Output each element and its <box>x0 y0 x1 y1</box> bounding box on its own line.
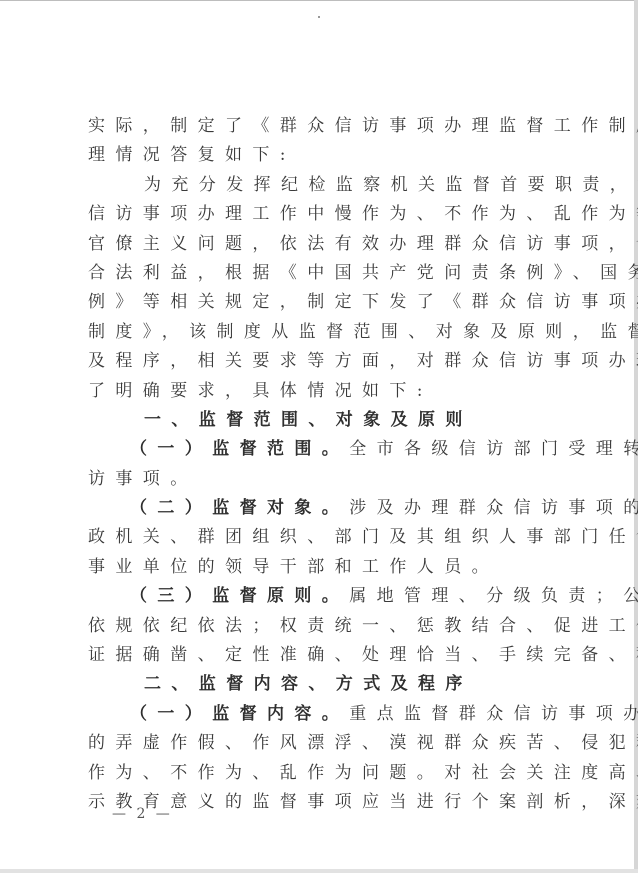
text-line: 依规依纪依法；权责统一、惩教结合、促进工作；事实清楚、 <box>88 612 562 641</box>
text-line: 作为、不作为、乱作为问题。对社会关注度高、具有较强警 <box>88 759 562 788</box>
document-page-body: 实际，制定了《群众信访事项办理监督工作制度》，现将办 理情况答复如下: 为充分发… <box>88 112 562 817</box>
text-line: 例》等相关规定，制定下发了《群众信访事项办理监督工作 <box>88 288 562 317</box>
subsection-text: 全市各级信访部门受理转办的群众信 <box>349 439 638 459</box>
subsection-content: （一）监督内容。重点监督群众信访事项办理中，存在 <box>88 700 562 729</box>
text-line: 理情况答复如下: <box>88 141 562 170</box>
subsection-principles: （三）监督原则。属地管理、分级负责；公开公平公正、 <box>88 582 562 611</box>
paragraph-start: 为充分发挥纪检监察机关监督首要职责，认真整治群众 <box>88 171 562 200</box>
text-line: 合法利益，根据《中国共产党问责条例》、国务院《信访条 <box>88 259 562 288</box>
page-bottom-edge <box>0 869 638 873</box>
text-line: 访事项。 <box>88 465 562 494</box>
text-line: 官僚主义问题，依法有效办理群众信访事项，切实维护群众 <box>88 230 562 259</box>
subsection-lead: （三）监督原则。 <box>130 586 349 606</box>
page-number: — 2 — <box>112 806 173 822</box>
subsection-lead: （一）监督内容。 <box>130 704 349 724</box>
subsection-objects: （二）监督对象。涉及办理群众信访事项的全市各级党 <box>88 494 562 523</box>
text-line: 实际，制定了《群众信访事项办理监督工作制度》，现将办 <box>88 112 562 141</box>
text-line: 制度》，该制度从监督范围、对象及原则，监督内容、方式 <box>88 318 562 347</box>
page-top-edge <box>0 0 638 1</box>
section-heading-1: 一、监督范围、对象及原则 <box>88 406 562 435</box>
text-line: 证据确凿、定性准确、处理恰当、手续完备、程序合规。 <box>88 641 562 670</box>
text-line: 政机关、群团组织、部门及其组织人事部门任命和管理的企 <box>88 523 562 552</box>
text-line: 事业单位的领导干部和工作人员。 <box>88 553 562 582</box>
text-line: 的弄虚作假、作风漂浮、漠视群众疾苦、侵犯群众利益等慢 <box>88 729 562 758</box>
subsection-text: 属地管理、分级负责；公开公平公正、 <box>349 586 638 606</box>
text-line: 了明确要求，具体情况如下: <box>88 377 562 406</box>
section-heading-2: 二、监督内容、方式及程序 <box>88 670 562 699</box>
text-line: 信访事项办理工作中慢作为、不作为、乱作为等形式主义、 <box>88 200 562 229</box>
subsection-text: 重点监督群众信访事项办理中，存在 <box>349 704 638 724</box>
text-line: 及程序，相关要求等方面，对群众信访事项办理监督工作作 <box>88 347 562 376</box>
subsection-lead: （一）监督范围。 <box>130 439 349 459</box>
subsection-lead: （二）监督对象。 <box>130 498 349 518</box>
subsection-text: 涉及办理群众信访事项的全市各级党 <box>349 498 638 518</box>
scan-speck <box>318 16 320 18</box>
subsection-scope: （一）监督范围。全市各级信访部门受理转办的群众信 <box>88 435 562 464</box>
